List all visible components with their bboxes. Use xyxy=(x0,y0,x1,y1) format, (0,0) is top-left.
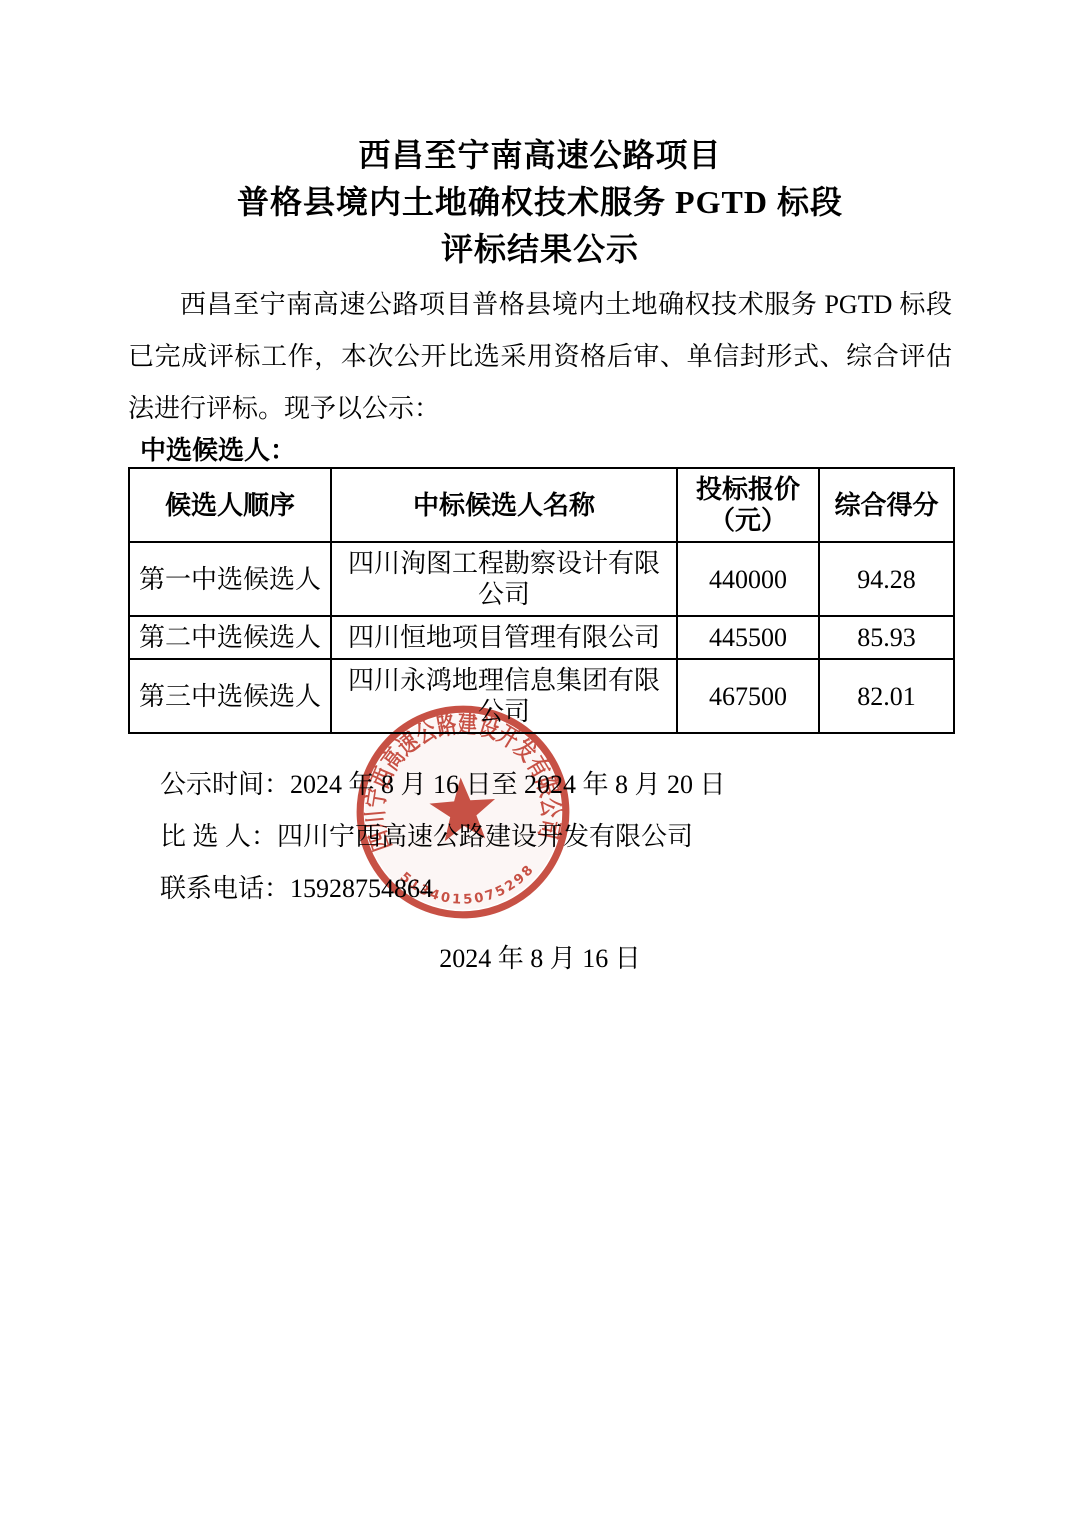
cell-candidate-order: 第二中选候选人 xyxy=(129,616,331,659)
table-row: 第一中选候选人 四川洵图工程勘察设计有限公司 440000 94.28 xyxy=(129,542,954,616)
cell-score: 82.01 xyxy=(819,659,954,733)
document-title: 西昌至宁南高速公路项目 普格县境内土地确权技术服务 PGTD 标段 评标结果公示 xyxy=(0,0,1080,273)
col-header-score: 综合得分 xyxy=(819,468,954,542)
intro-paragraph: 西昌至宁南高速公路项目普格县境内土地确权技术服务 PGTD 标段已完成评标工作，… xyxy=(128,279,952,435)
table-row: 第三中选候选人 四川永鸿地理信息集团有限公司 467500 82.01 xyxy=(129,659,954,733)
cell-bid-price: 445500 xyxy=(677,616,819,659)
title-line-1: 西昌至宁南高速公路项目 xyxy=(0,132,1080,179)
col-header-candidate-order: 候选人顺序 xyxy=(129,468,331,542)
table-header-row: 候选人顺序 中标候选人名称 投标报价 （元） 综合得分 xyxy=(129,468,954,542)
cell-bid-price: 440000 xyxy=(677,542,819,616)
title-line-3: 评标结果公示 xyxy=(0,226,1080,273)
col-header-bid-price-line2: （元） xyxy=(682,505,814,536)
cell-candidate-name: 四川洵图工程勘察设计有限公司 xyxy=(331,542,677,616)
cell-score: 94.28 xyxy=(819,542,954,616)
cell-score: 85.93 xyxy=(819,616,954,659)
cell-candidate-name: 四川恒地项目管理有限公司 xyxy=(331,616,677,659)
col-header-bid-price-line1: 投标报价 xyxy=(682,474,814,505)
selected-candidates-label: 中选候选人： xyxy=(140,437,1080,465)
footer-info: 公示时间：2024 年 8 月 16 日至 2024 年 8 月 20 日 比 … xyxy=(160,770,1080,904)
cell-candidate-name: 四川永鸿地理信息集团有限公司 xyxy=(331,659,677,733)
cell-candidate-order: 第一中选候选人 xyxy=(129,542,331,616)
cell-candidate-order: 第三中选候选人 xyxy=(129,659,331,733)
contact-phone-line: 联系电话：15928754864 xyxy=(160,874,1080,904)
issue-date: 2024 年 8 月 16 日 xyxy=(0,944,1080,974)
table-row: 第二中选候选人 四川恒地项目管理有限公司 445500 85.93 xyxy=(129,616,954,659)
cell-bid-price: 467500 xyxy=(677,659,819,733)
col-header-candidate-name: 中标候选人名称 xyxy=(331,468,677,542)
publicity-period-line: 公示时间：2024 年 8 月 16 日至 2024 年 8 月 20 日 xyxy=(160,770,1080,800)
selector-line: 比 选 人：四川宁西高速公路建设开发有限公司 xyxy=(160,822,1080,852)
title-line-2: 普格县境内土地确权技术服务 PGTD 标段 xyxy=(0,179,1080,226)
col-header-bid-price: 投标报价 （元） xyxy=(677,468,819,542)
candidates-table: 候选人顺序 中标候选人名称 投标报价 （元） 综合得分 第一中选候选人 四川洵图… xyxy=(128,467,955,734)
announcement-document: 西昌至宁南高速公路项目 普格县境内土地确权技术服务 PGTD 标段 评标结果公示… xyxy=(0,0,1080,1527)
